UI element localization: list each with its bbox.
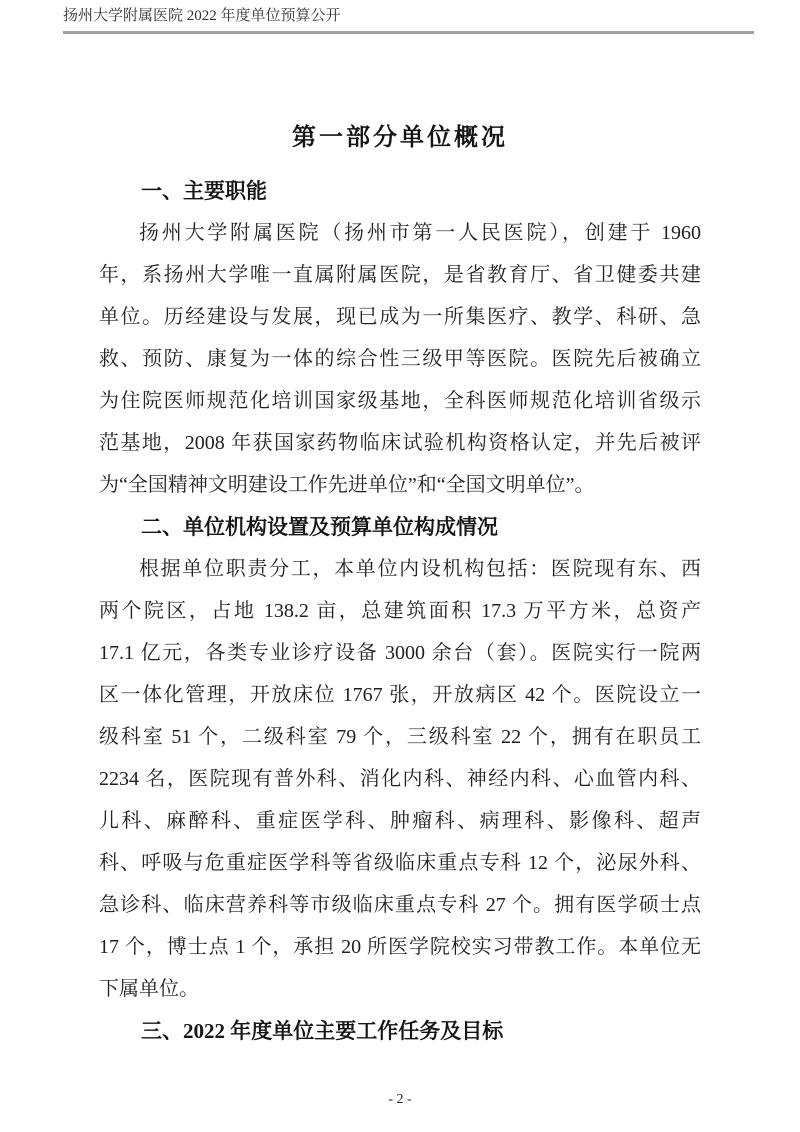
- body-line: 救、预防、康复为一体的综合性三级甲等医院。医院先后被确立: [99, 338, 701, 380]
- body-line: 为住院医师规范化培训国家级基地，全科医师规范化培训省级示: [99, 380, 701, 422]
- body-line: 17.1 亿元，各类专业诊疗设备 3000 余台（套）。医院实行一院两: [99, 632, 701, 674]
- document-body: 一、主要职能 扬州大学附属医院（扬州市第一人民医院），创建于 1960 年，系扬…: [99, 170, 701, 1052]
- body-line: 两个院区，占地 138.2 亩，总建筑面积 17.3 万平方米，总资产: [99, 590, 701, 632]
- body-line: 2234 名，医院现有普外科、消化内科、神经内科、心血管内科、: [99, 758, 701, 800]
- body-line: 儿科、麻醉科、重症医学科、肿瘤科、病理科、影像科、超声: [99, 800, 701, 842]
- document-title: 第一部分单位概况: [99, 121, 701, 155]
- body-line: 为“全国精神文明建设工作先进单位”和“全国文明单位”。: [99, 464, 701, 506]
- document-page: 扬州大学附属医院 2022 年度单位预算公开 第一部分单位概况 一、主要职能 扬…: [0, 0, 800, 1132]
- section-heading-3: 三、2022 年度单位主要工作任务及目标: [99, 1010, 701, 1052]
- body-line: 科、呼吸与危重症医学科等省级临床重点专科 12 个，泌尿外科、: [99, 842, 701, 884]
- page-header: 扬州大学附属医院 2022 年度单位预算公开: [63, 7, 754, 34]
- header-title: 扬州大学附属医院 2022 年度单位预算公开: [63, 8, 341, 24]
- body-line: 扬州大学附属医院（扬州市第一人民医院），创建于 1960: [99, 212, 701, 254]
- page-number: - 2 -: [99, 1091, 701, 1109]
- body-line: 范基地，2008 年获国家药物临床试验机构资格认定，并先后被评: [99, 422, 701, 464]
- body-line: 区一体化管理，开放床位 1767 张，开放病区 42 个。医院设立一: [99, 674, 701, 716]
- body-line: 单位。历经建设与发展，现已成为一所集医疗、教学、科研、急: [99, 296, 701, 338]
- body-line: 下属单位。: [99, 968, 701, 1010]
- body-line: 级科室 51 个，二级科室 79 个，三级科室 22 个，拥有在职员工: [99, 716, 701, 758]
- section-heading-2: 二、单位机构设置及预算单位构成情况: [99, 506, 701, 548]
- body-line: 急诊科、临床营养科等市级临床重点专科 27 个。拥有医学硕士点: [99, 884, 701, 926]
- body-line: 年，系扬州大学唯一直属附属医院，是省教育厅、省卫健委共建: [99, 254, 701, 296]
- body-line: 17 个，博士点 1 个，承担 20 所医学院校实习带教工作。本单位无: [99, 926, 701, 968]
- section-heading-1: 一、主要职能: [99, 170, 701, 212]
- body-line: 根据单位职责分工，本单位内设机构包括：医院现有东、西: [99, 548, 701, 590]
